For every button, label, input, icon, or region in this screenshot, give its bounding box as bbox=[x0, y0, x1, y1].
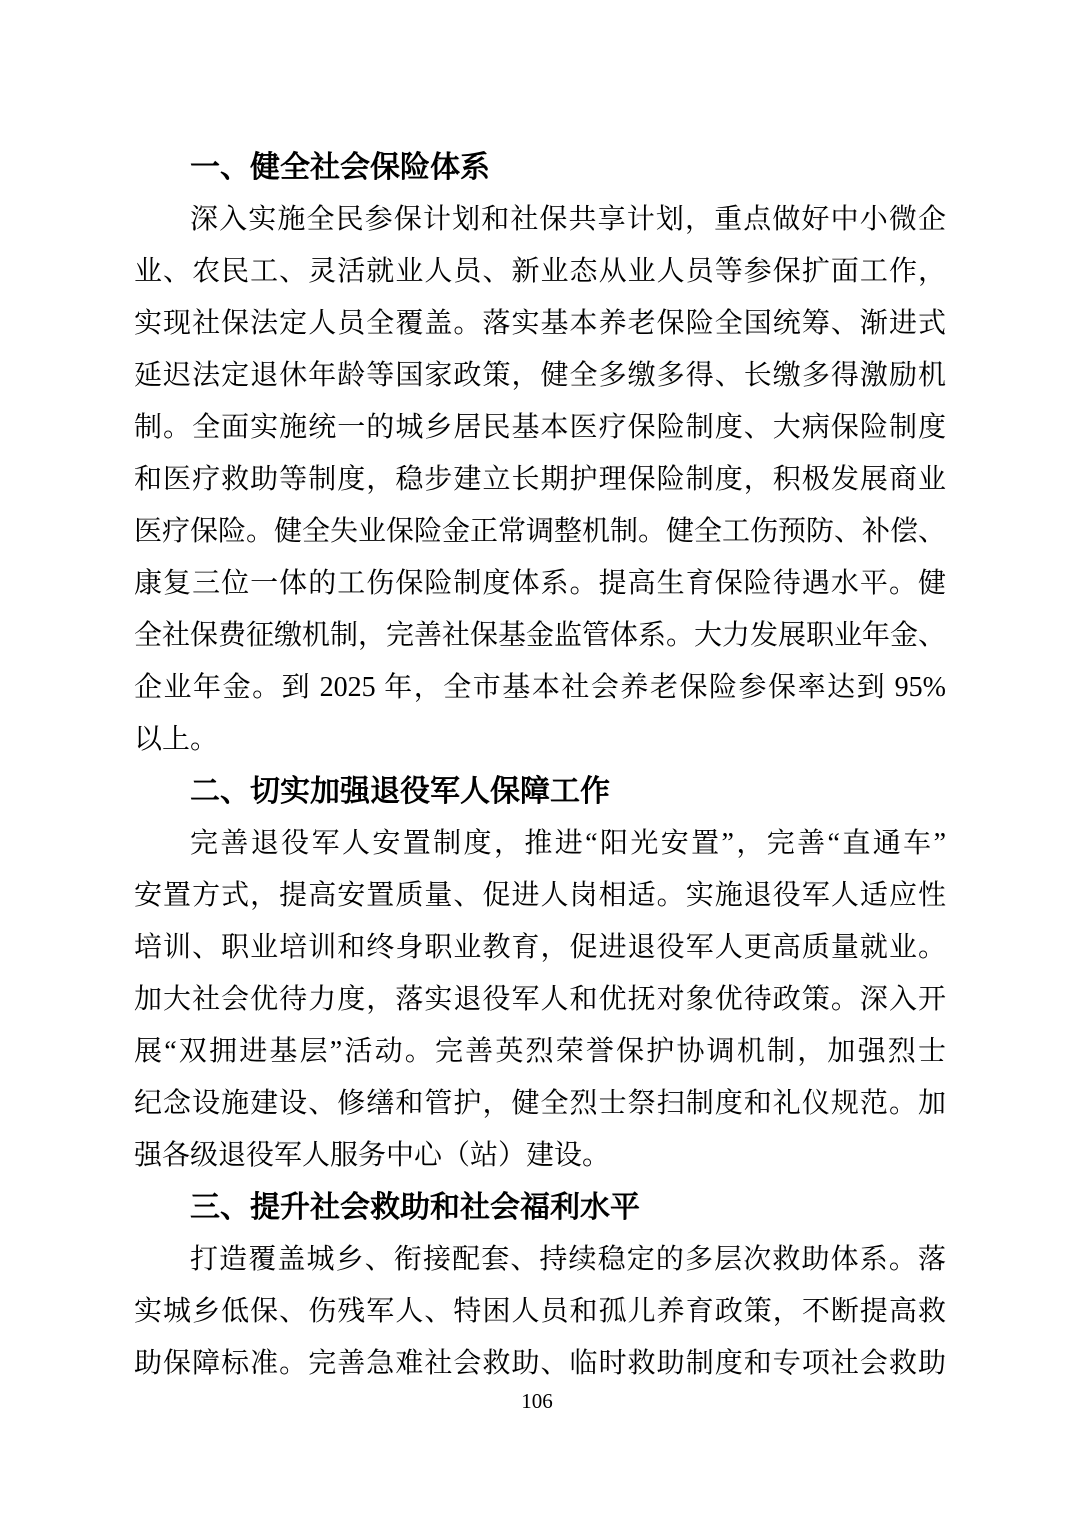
text-line: 制。全面实施统一的城乡居民基本医疗保险制度、大病保险制度 bbox=[134, 402, 946, 454]
section-heading: 一、健全社会保险体系 bbox=[134, 142, 946, 194]
section-heading: 二、切实加强退役军人保障工作 bbox=[134, 766, 946, 818]
text-line: 安置方式，提高安置质量、促进人岗相适。实施退役军人适应性 bbox=[134, 870, 946, 922]
text-line: 培训、职业培训和终身职业教育，促进退役军人更高质量就业。 bbox=[134, 922, 946, 974]
text-line: 医疗保险。健全失业保险金正常调整机制。健全工伤预防、补偿、 bbox=[134, 506, 946, 558]
text-line: 实城乡低保、伤残军人、特困人员和孤儿养育政策，不断提高救 bbox=[134, 1286, 946, 1338]
document-page: 一、健全社会保险体系深入实施全民参保计划和社保共享计划，重点做好中小微企业、农民… bbox=[0, 0, 1074, 1520]
section-heading: 三、提升社会救助和社会福利水平 bbox=[134, 1182, 946, 1234]
text-line: 企业年金。到 2025 年，全市基本社会养老保险参保率达到 95% bbox=[134, 662, 946, 714]
text-line: 深入实施全民参保计划和社保共享计划，重点做好中小微企 bbox=[134, 194, 946, 246]
paragraph: 打造覆盖城乡、衔接配套、持续稳定的多层次救助体系。落实城乡低保、伤残军人、特困人… bbox=[134, 1234, 946, 1390]
text-line: 加大社会优待力度，落实退役军人和优抚对象优待政策。深入开 bbox=[134, 974, 946, 1026]
text-line: 康复三位一体的工伤保险制度体系。提高生育保险待遇水平。健 bbox=[134, 558, 946, 610]
text-line: 实现社保法定人员全覆盖。落实基本养老保险全国统筹、渐进式 bbox=[134, 298, 946, 350]
text-line: 强各级退役军人服务中心（站）建设。 bbox=[134, 1130, 946, 1182]
page-number: 106 bbox=[0, 1386, 1074, 1416]
text-line: 和医疗救助等制度，稳步建立长期护理保险制度，积极发展商业 bbox=[134, 454, 946, 506]
text-line: 打造覆盖城乡、衔接配套、持续稳定的多层次救助体系。落 bbox=[134, 1234, 946, 1286]
text-line: 完善退役军人安置制度，推进“阳光安置”，完善“直通车” bbox=[134, 818, 946, 870]
text-line: 纪念设施建设、修缮和管护，健全烈士祭扫制度和礼仪规范。加 bbox=[134, 1078, 946, 1130]
paragraph: 深入实施全民参保计划和社保共享计划，重点做好中小微企业、农民工、灵活就业人员、新… bbox=[134, 194, 946, 766]
text-line: 展“双拥进基层”活动。完善英烈荣誉保护协调机制，加强烈士 bbox=[134, 1026, 946, 1078]
text-line: 以上。 bbox=[134, 714, 946, 766]
text-line: 全社保费征缴机制，完善社保基金监管体系。大力发展职业年金、 bbox=[134, 610, 946, 662]
document-body: 一、健全社会保险体系深入实施全民参保计划和社保共享计划，重点做好中小微企业、农民… bbox=[134, 142, 946, 1390]
text-line: 延迟法定退休年龄等国家政策，健全多缴多得、长缴多得激励机 bbox=[134, 350, 946, 402]
text-line: 业、农民工、灵活就业人员、新业态从业人员等参保扩面工作， bbox=[134, 246, 946, 298]
paragraph: 完善退役军人安置制度，推进“阳光安置”，完善“直通车”安置方式，提高安置质量、促… bbox=[134, 818, 946, 1182]
text-line: 助保障标准。完善急难社会救助、临时救助制度和专项社会救助 bbox=[134, 1338, 946, 1390]
